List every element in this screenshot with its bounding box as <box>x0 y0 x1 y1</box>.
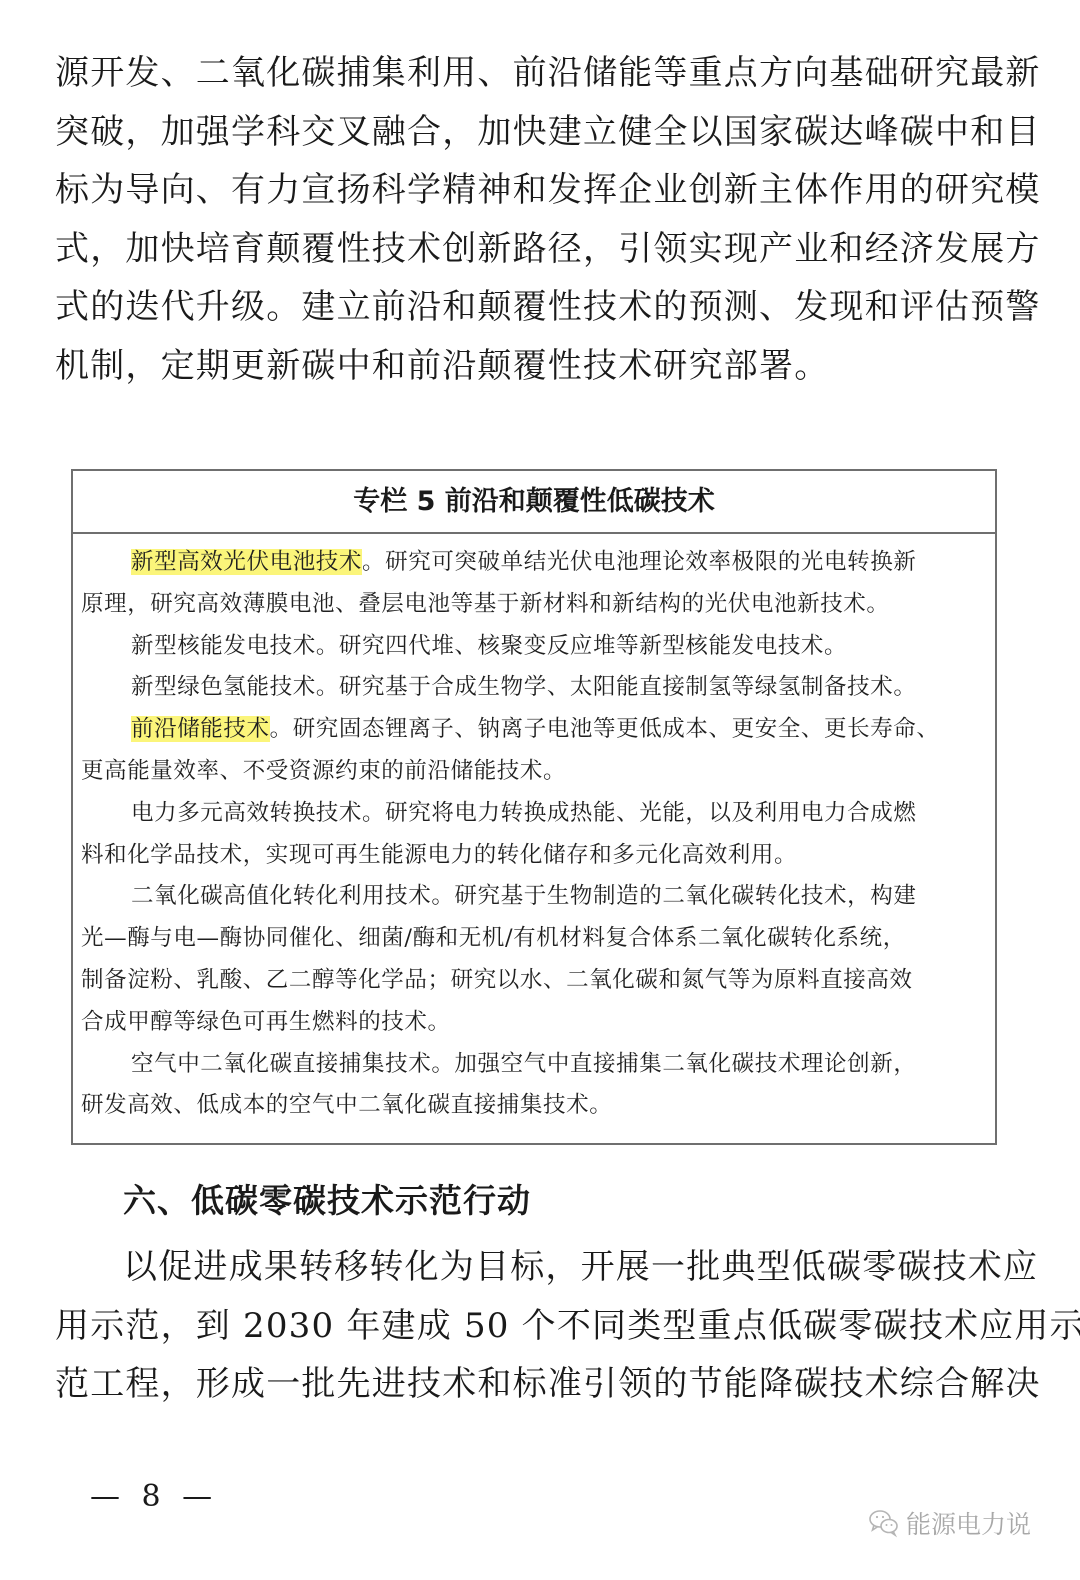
item-heading: 新型绿色氢能技术 <box>131 674 316 700</box>
watermark-text: 能源电力说 <box>906 1505 1031 1541</box>
text-line: 机制，定期更新碳中和前沿颠覆性技术研究部署。 <box>55 337 1025 396</box>
text-line: 用示范，到 2030 年建成 50 个不同类型重点低碳零碳技术应用示 <box>55 1297 1025 1356</box>
item-power-conversion: 电力多元高效转换技术。研究将电力转换成热能、光能，以及利用电力合成燃 <box>81 793 995 835</box>
text-line: 范工程，形成一批先进技术和标准引领的节能降碳技术综合解决 <box>55 1355 1025 1414</box>
watermark: 能源电力说 <box>868 1501 1031 1545</box>
text-line: 标为导向、有力宣扬科学精神和发挥企业创新主体作用的研究模 <box>55 161 1025 220</box>
text-line: 式，加快培育颠覆性技术创新路径，引领实现产业和经济发展方 <box>55 220 1025 279</box>
item-heading: 二氧化碳高值化转化利用技术 <box>131 883 431 909</box>
item-hydrogen: 新型绿色氢能技术。研究基于合成生物学、太阳能直接制氢等绿氢制备技术。 <box>81 667 995 709</box>
item-nuclear: 新型核能发电技术。研究四代堆、核聚变反应堆等新型核能发电技术。 <box>81 626 995 668</box>
text-line: 原理，研究高效薄膜电池、叠层电池等基于新材料和新结构的光伏电池新技术。 <box>81 584 995 626</box>
text-line: 合成甲醇等绿色可再生燃料的技术。 <box>81 1002 995 1044</box>
text-line: 突破，加强学科交叉融合，加快建立健全以国家碳达峰碳中和目 <box>55 103 1025 162</box>
highlighted-heading: 前沿储能技术 <box>131 716 270 742</box>
item-co2-utilization: 二氧化碳高值化转化利用技术。研究基于生物制造的二氧化碳转化技术，构建 <box>81 876 995 918</box>
item-energy-storage: 前沿储能技术。研究固态锂离子、钠离子电池等更低成本、更安全、更长寿命、 <box>81 709 995 751</box>
column-box: 专栏 5 前沿和颠覆性低碳技术 新型高效光伏电池技术。研究可突破单结光伏电池理论… <box>71 469 997 1145</box>
column-box-title: 专栏 5 前沿和颠覆性低碳技术 <box>73 471 995 534</box>
text-line: 更高能量效率、不受资源约束的前沿储能技术。 <box>81 751 995 793</box>
page-number: — 8 — <box>90 1477 218 1517</box>
text-line: 以促进成果转移转化为目标，开展一批典型低碳零碳技术应 <box>55 1238 1025 1297</box>
text-line: 源开发、二氧化碳捕集利用、前沿储能等重点方向基础研究最新 <box>55 44 1025 103</box>
item-solar-pv: 新型高效光伏电池技术。研究可突破单结光伏电池理论效率极限的光电转换新 <box>81 542 995 584</box>
intro-paragraph: 源开发、二氧化碳捕集利用、前沿储能等重点方向基础研究最新 突破，加强学科交叉融合… <box>55 44 1025 395</box>
text-line: 制备淀粉、乳酸、乙二醇等化学品；研究以水、二氧化碳和氮气等为原料直接高效 <box>81 960 995 1002</box>
item-direct-air-capture: 空气中二氧化碳直接捕集技术。加强空气中直接捕集二氧化碳技术理论创新， <box>81 1044 995 1086</box>
item-heading: 空气中二氧化碳直接捕集技术 <box>131 1051 431 1077</box>
text-line: 光—酶与电—酶协同催化、细菌/酶和无机/有机材料复合体系二氧化碳转化系统， <box>81 918 995 960</box>
text-line: 式的迭代升级。建立前沿和颠覆性技术的预测、发现和评估预警 <box>55 278 1025 337</box>
section-paragraph: 以促进成果转移转化为目标，开展一批典型低碳零碳技术应 用示范，到 2030 年建… <box>55 1238 1025 1414</box>
item-heading: 新型核能发电技术 <box>131 633 316 659</box>
text-line: 研发高效、低成本的空气中二氧化碳直接捕集技术。 <box>81 1085 995 1127</box>
wechat-icon <box>868 1507 900 1539</box>
section-heading: 六、低碳零碳技术示范行动 <box>123 1176 531 1226</box>
column-box-body: 新型高效光伏电池技术。研究可突破单结光伏电池理论效率极限的光电转换新 原理，研究… <box>73 534 995 1127</box>
item-heading: 电力多元高效转换技术 <box>131 800 362 826</box>
highlighted-heading: 新型高效光伏电池技术 <box>131 549 362 575</box>
text-line: 料和化学品技术，实现可再生能源电力的转化储存和多元化高效利用。 <box>81 835 995 877</box>
